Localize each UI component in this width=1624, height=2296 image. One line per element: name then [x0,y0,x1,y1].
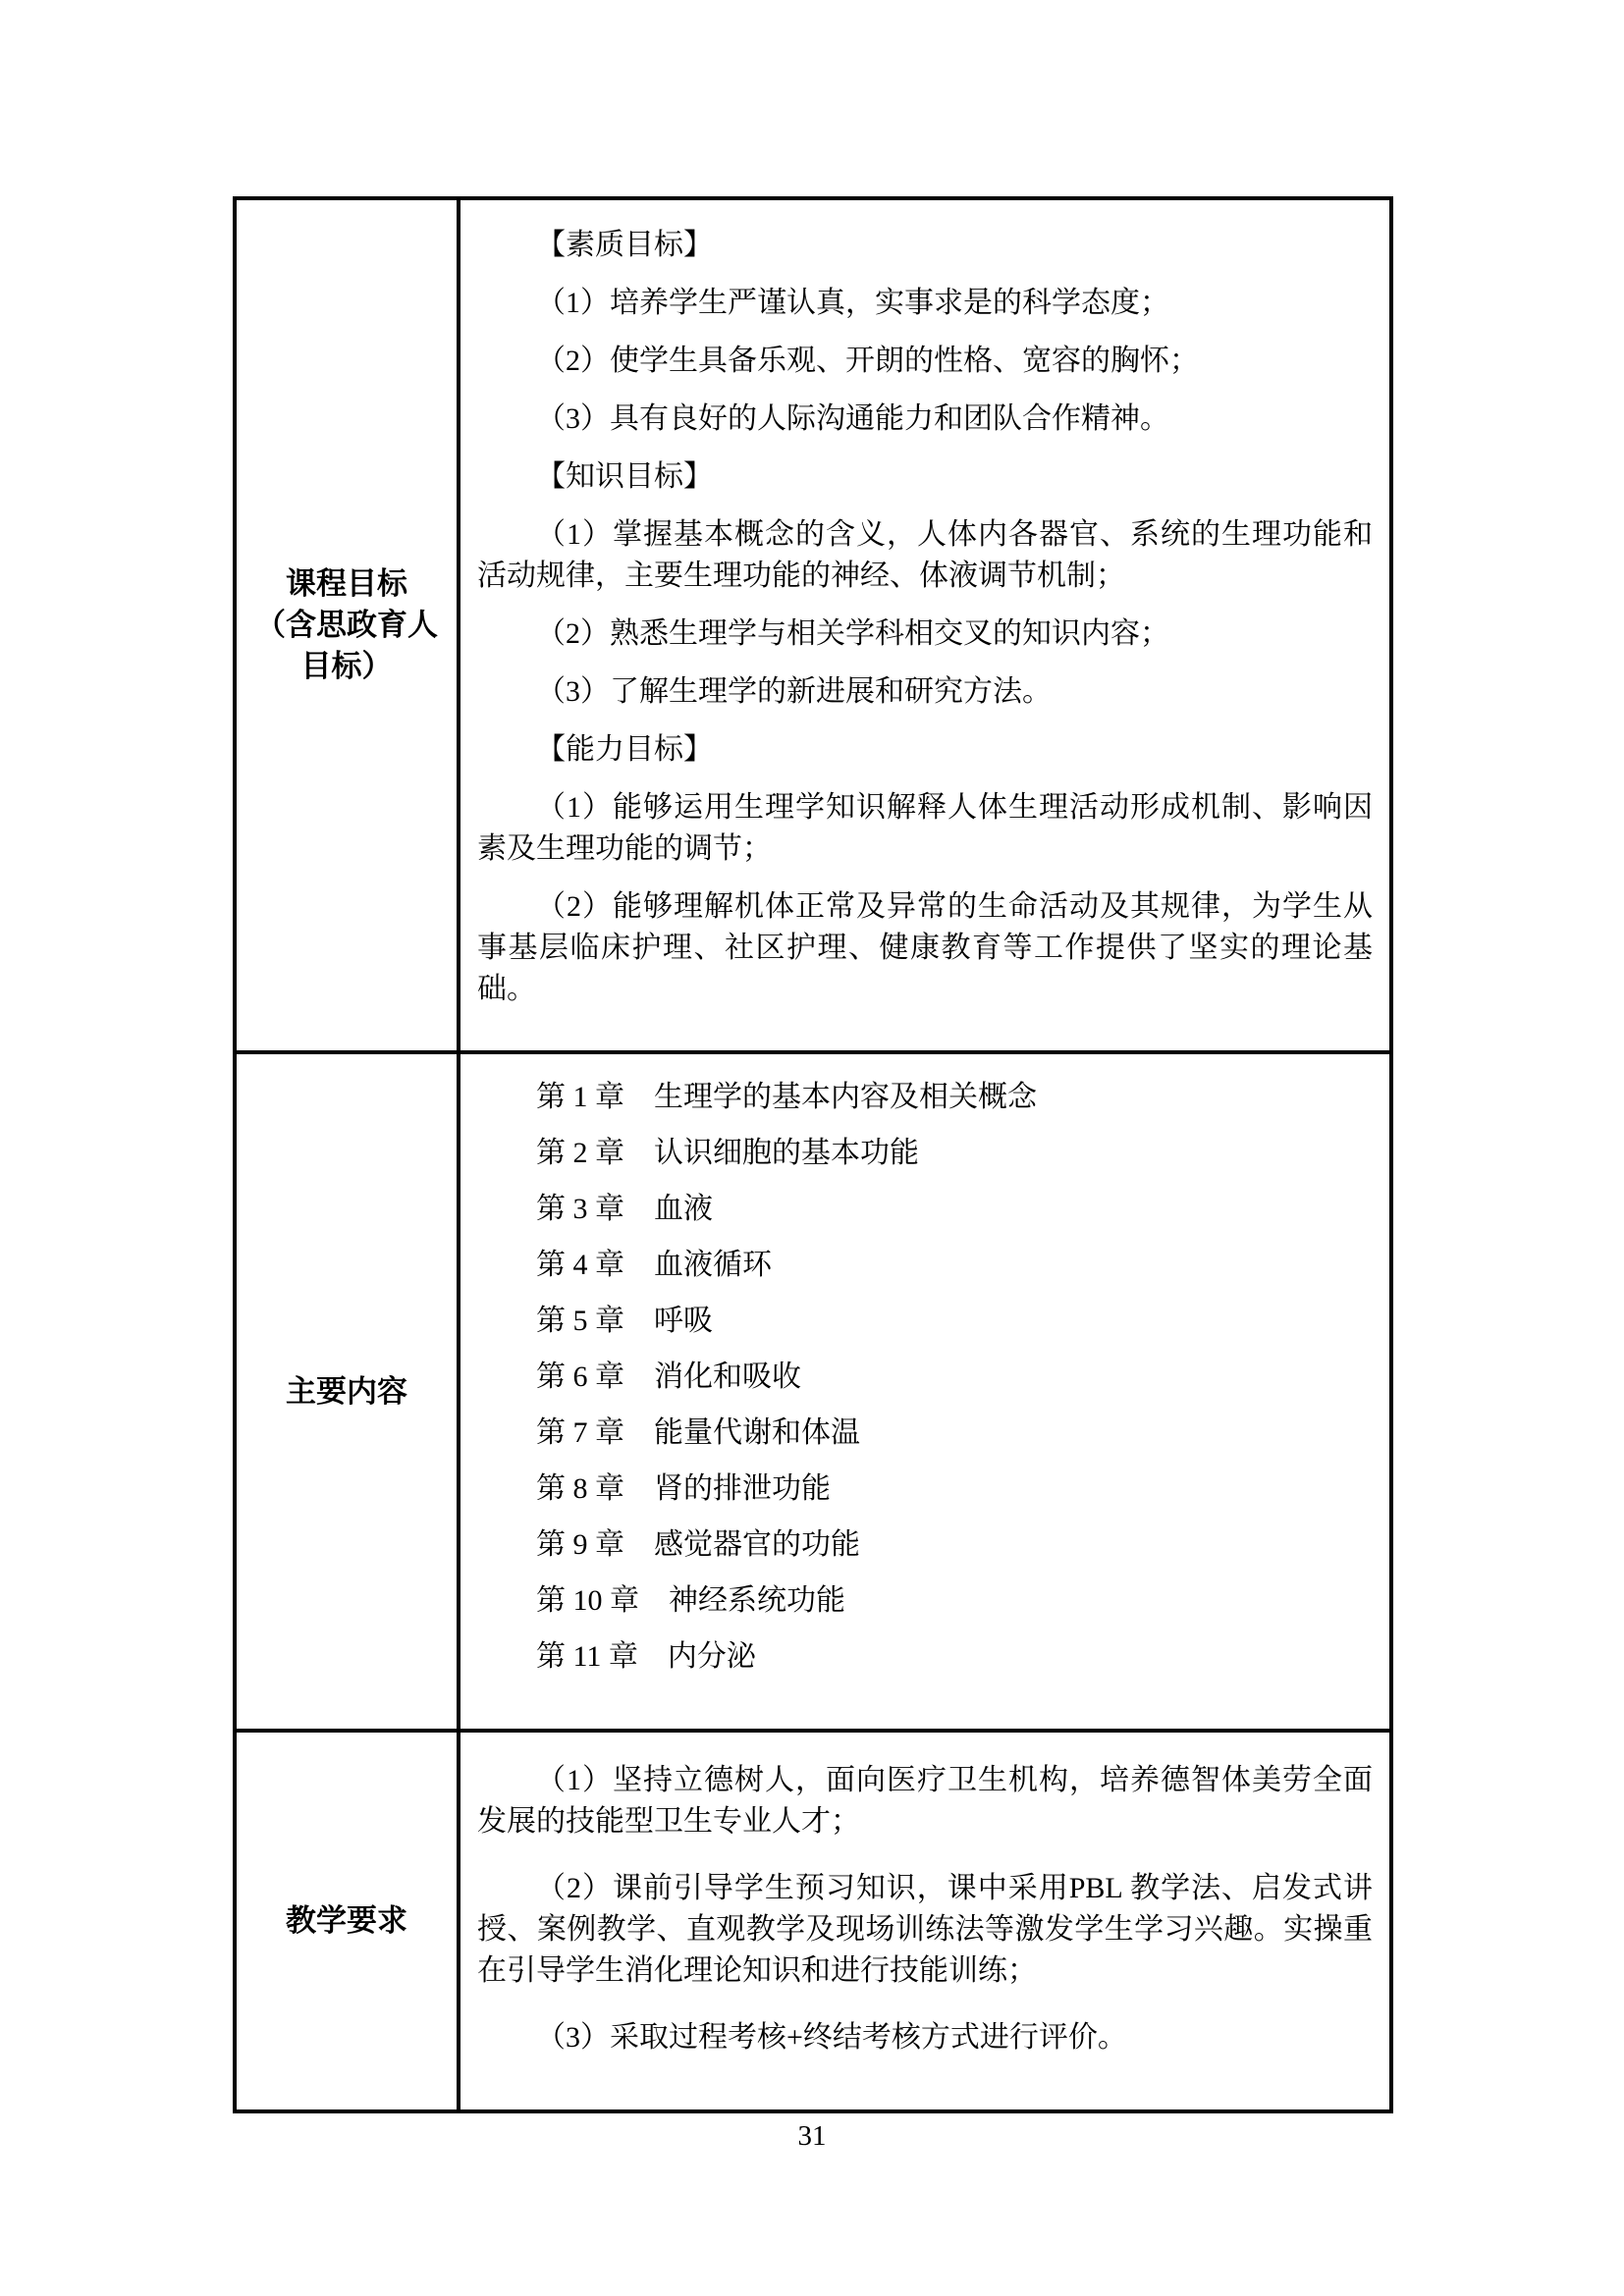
paragraph: （3）具有良好的人际沟通能力和团队合作精神。 [477,399,1373,440]
chapter-line: 第 11 章 内分泌 [477,1636,1373,1678]
paragraph: （3）采取过程考核+终结考核方式进行评价。 [477,2017,1373,2058]
paragraph: （1）坚持立德树人，面向医疗卫生机构，培养德智体美劳全面发展的技能型卫生专业人才… [477,1760,1373,1842]
paragraph: 【素质目标】 [477,225,1373,266]
paragraph: 【知识目标】 [477,456,1373,498]
chapter-line: 第 7 章 能量代谢和体温 [477,1413,1373,1454]
paragraph: （2）课前引导学生预习知识，课中采用PBL 教学法、启发式讲授、案例教学、直观教… [477,1868,1373,1992]
chapter-line: 第 4 章 血液循环 [477,1245,1373,1286]
paragraph: （2）能够理解机体正常及异常的生命活动及其规律，为学生从事基层临床护理、社区护理… [477,886,1373,1010]
chapter-line: 第 9 章 感觉器官的功能 [477,1524,1373,1566]
table-row-main-content: 主要内容 第 1 章 生理学的基本内容及相关概念 第 2 章 认识细胞的基本功能… [235,1052,1391,1731]
table-row-course-objectives: 课程目标 （含思政育人 目标） 【素质目标】 （1）培养学生严谨认真，实事求是的… [235,198,1391,1052]
chapter-line: 第 8 章 肾的排泄功能 [477,1468,1373,1510]
row-label-main-content: 主要内容 [235,1052,459,1731]
chapter-line: 第 3 章 血液 [477,1189,1373,1230]
paragraph: （3）了解生理学的新进展和研究方法。 [477,671,1373,713]
document-page: 课程目标 （含思政育人 目标） 【素质目标】 （1）培养学生严谨认真，实事求是的… [0,0,1624,2296]
paragraph: （1）掌握基本概念的含义，人体内各器官、系统的生理功能和活动规律，主要生理功能的… [477,514,1373,597]
row-content-main-content: 第 1 章 生理学的基本内容及相关概念 第 2 章 认识细胞的基本功能 第 3 … [459,1052,1391,1731]
paragraph: （2）使学生具备乐观、开朗的性格、宽容的胸怀； [477,341,1373,382]
chapter-line: 第 5 章 呼吸 [477,1301,1373,1342]
row-content-course-objectives: 【素质目标】 （1）培养学生严谨认真，实事求是的科学态度； （2）使学生具备乐观… [459,198,1391,1052]
page-number: 31 [0,2118,1624,2154]
row-content-teaching-requirements: （1）坚持立德树人，面向医疗卫生机构，培养德智体美劳全面发展的技能型卫生专业人才… [459,1731,1391,2111]
paragraph: （2）熟悉生理学与相关学科相交叉的知识内容； [477,614,1373,655]
chapter-line: 第 1 章 生理学的基本内容及相关概念 [477,1077,1373,1118]
syllabus-table: 课程目标 （含思政育人 目标） 【素质目标】 （1）培养学生严谨认真，实事求是的… [233,196,1393,2113]
chapter-line: 第 10 章 神经系统功能 [477,1580,1373,1622]
paragraph: （1）培养学生严谨认真，实事求是的科学态度； [477,283,1373,324]
paragraph: （1）能够运用生理学知识解释人体生理活动形成机制、影响因素及生理功能的调节； [477,787,1373,870]
table-row-teaching-requirements: 教学要求 （1）坚持立德树人，面向医疗卫生机构，培养德智体美劳全面发展的技能型卫… [235,1731,1391,2111]
row-label-teaching-requirements: 教学要求 [235,1731,459,2111]
paragraph: 【能力目标】 [477,729,1373,771]
chapter-line: 第 6 章 消化和吸收 [477,1357,1373,1398]
row-label-course-objectives: 课程目标 （含思政育人 目标） [235,198,459,1052]
chapter-line: 第 2 章 认识细胞的基本功能 [477,1133,1373,1174]
